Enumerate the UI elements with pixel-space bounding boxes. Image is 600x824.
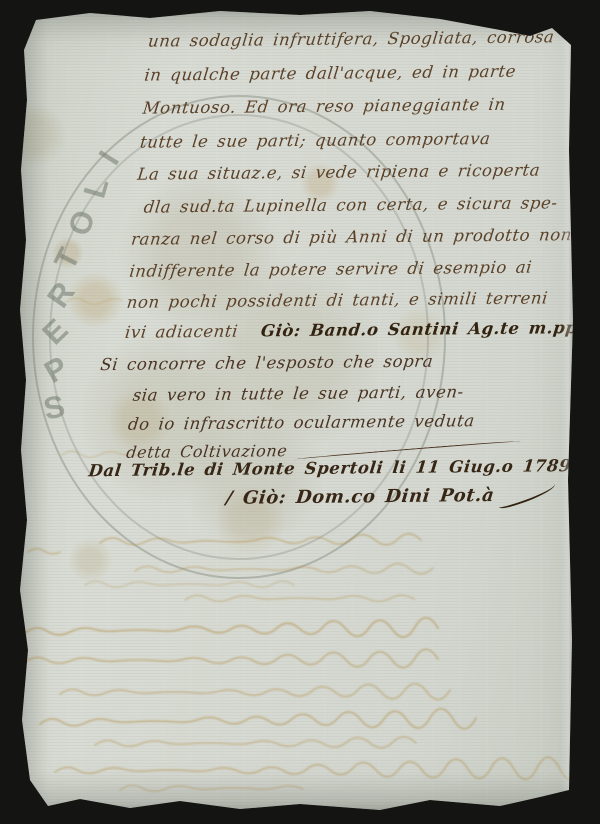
manuscript-line: indifferente la potere servire di esempi… (128, 258, 533, 281)
manuscript-text-block: una sodaglia infruttifera, Spogliata, co… (0, 0, 600, 824)
manuscript-line: do io infrascritto ocularmente veduta (127, 411, 476, 434)
manuscript-line: una sodaglia infruttifera, Spogliata, co… (147, 27, 556, 50)
manuscript-line: Si concorre che l'esposto che sopra (99, 352, 434, 375)
manuscript-line: ranza nel corso di più Anni di un prodot… (130, 225, 573, 249)
signature-flourish (497, 481, 557, 511)
manuscript-line: dla sud.ta Lupinella con certa, e sicura… (143, 193, 559, 216)
paper-sheet: S P E R T O L I (0, 0, 600, 824)
attestation-left-text: ivi adiacenti (124, 322, 239, 342)
attestation-line: ivi adiacenti Giò: Band.o Santini Ag.te … (124, 318, 590, 342)
podesta-signature: / Giò: Dom.co Dini Pot.à (225, 484, 558, 508)
manuscript-line: La sua situaz.e, si vede ripiena e ricop… (136, 160, 541, 183)
manuscript-line: non pochi possidenti di tanti, e simili … (126, 288, 549, 311)
manuscript-line: sia vero in tutte le sue parti, aven- (132, 382, 465, 404)
podesta-signature-text: / Giò: Dom.co Dini Pot.à (225, 485, 496, 509)
scan-background: S P E R T O L I (0, 0, 600, 824)
surveyor-signature: Giò: Band.o Santini Ag.te m.ppo (260, 318, 590, 340)
manuscript-line: in qualche parte dall'acque, ed in parte (143, 62, 517, 85)
manuscript-line: tutte le sue parti; quanto comportava (139, 129, 492, 152)
dateline: Dal Trib.le di Monte Spertoli li 11 Giug… (88, 456, 579, 480)
manuscript-line: Montuoso. Ed ora reso pianeggiante in (142, 95, 507, 118)
